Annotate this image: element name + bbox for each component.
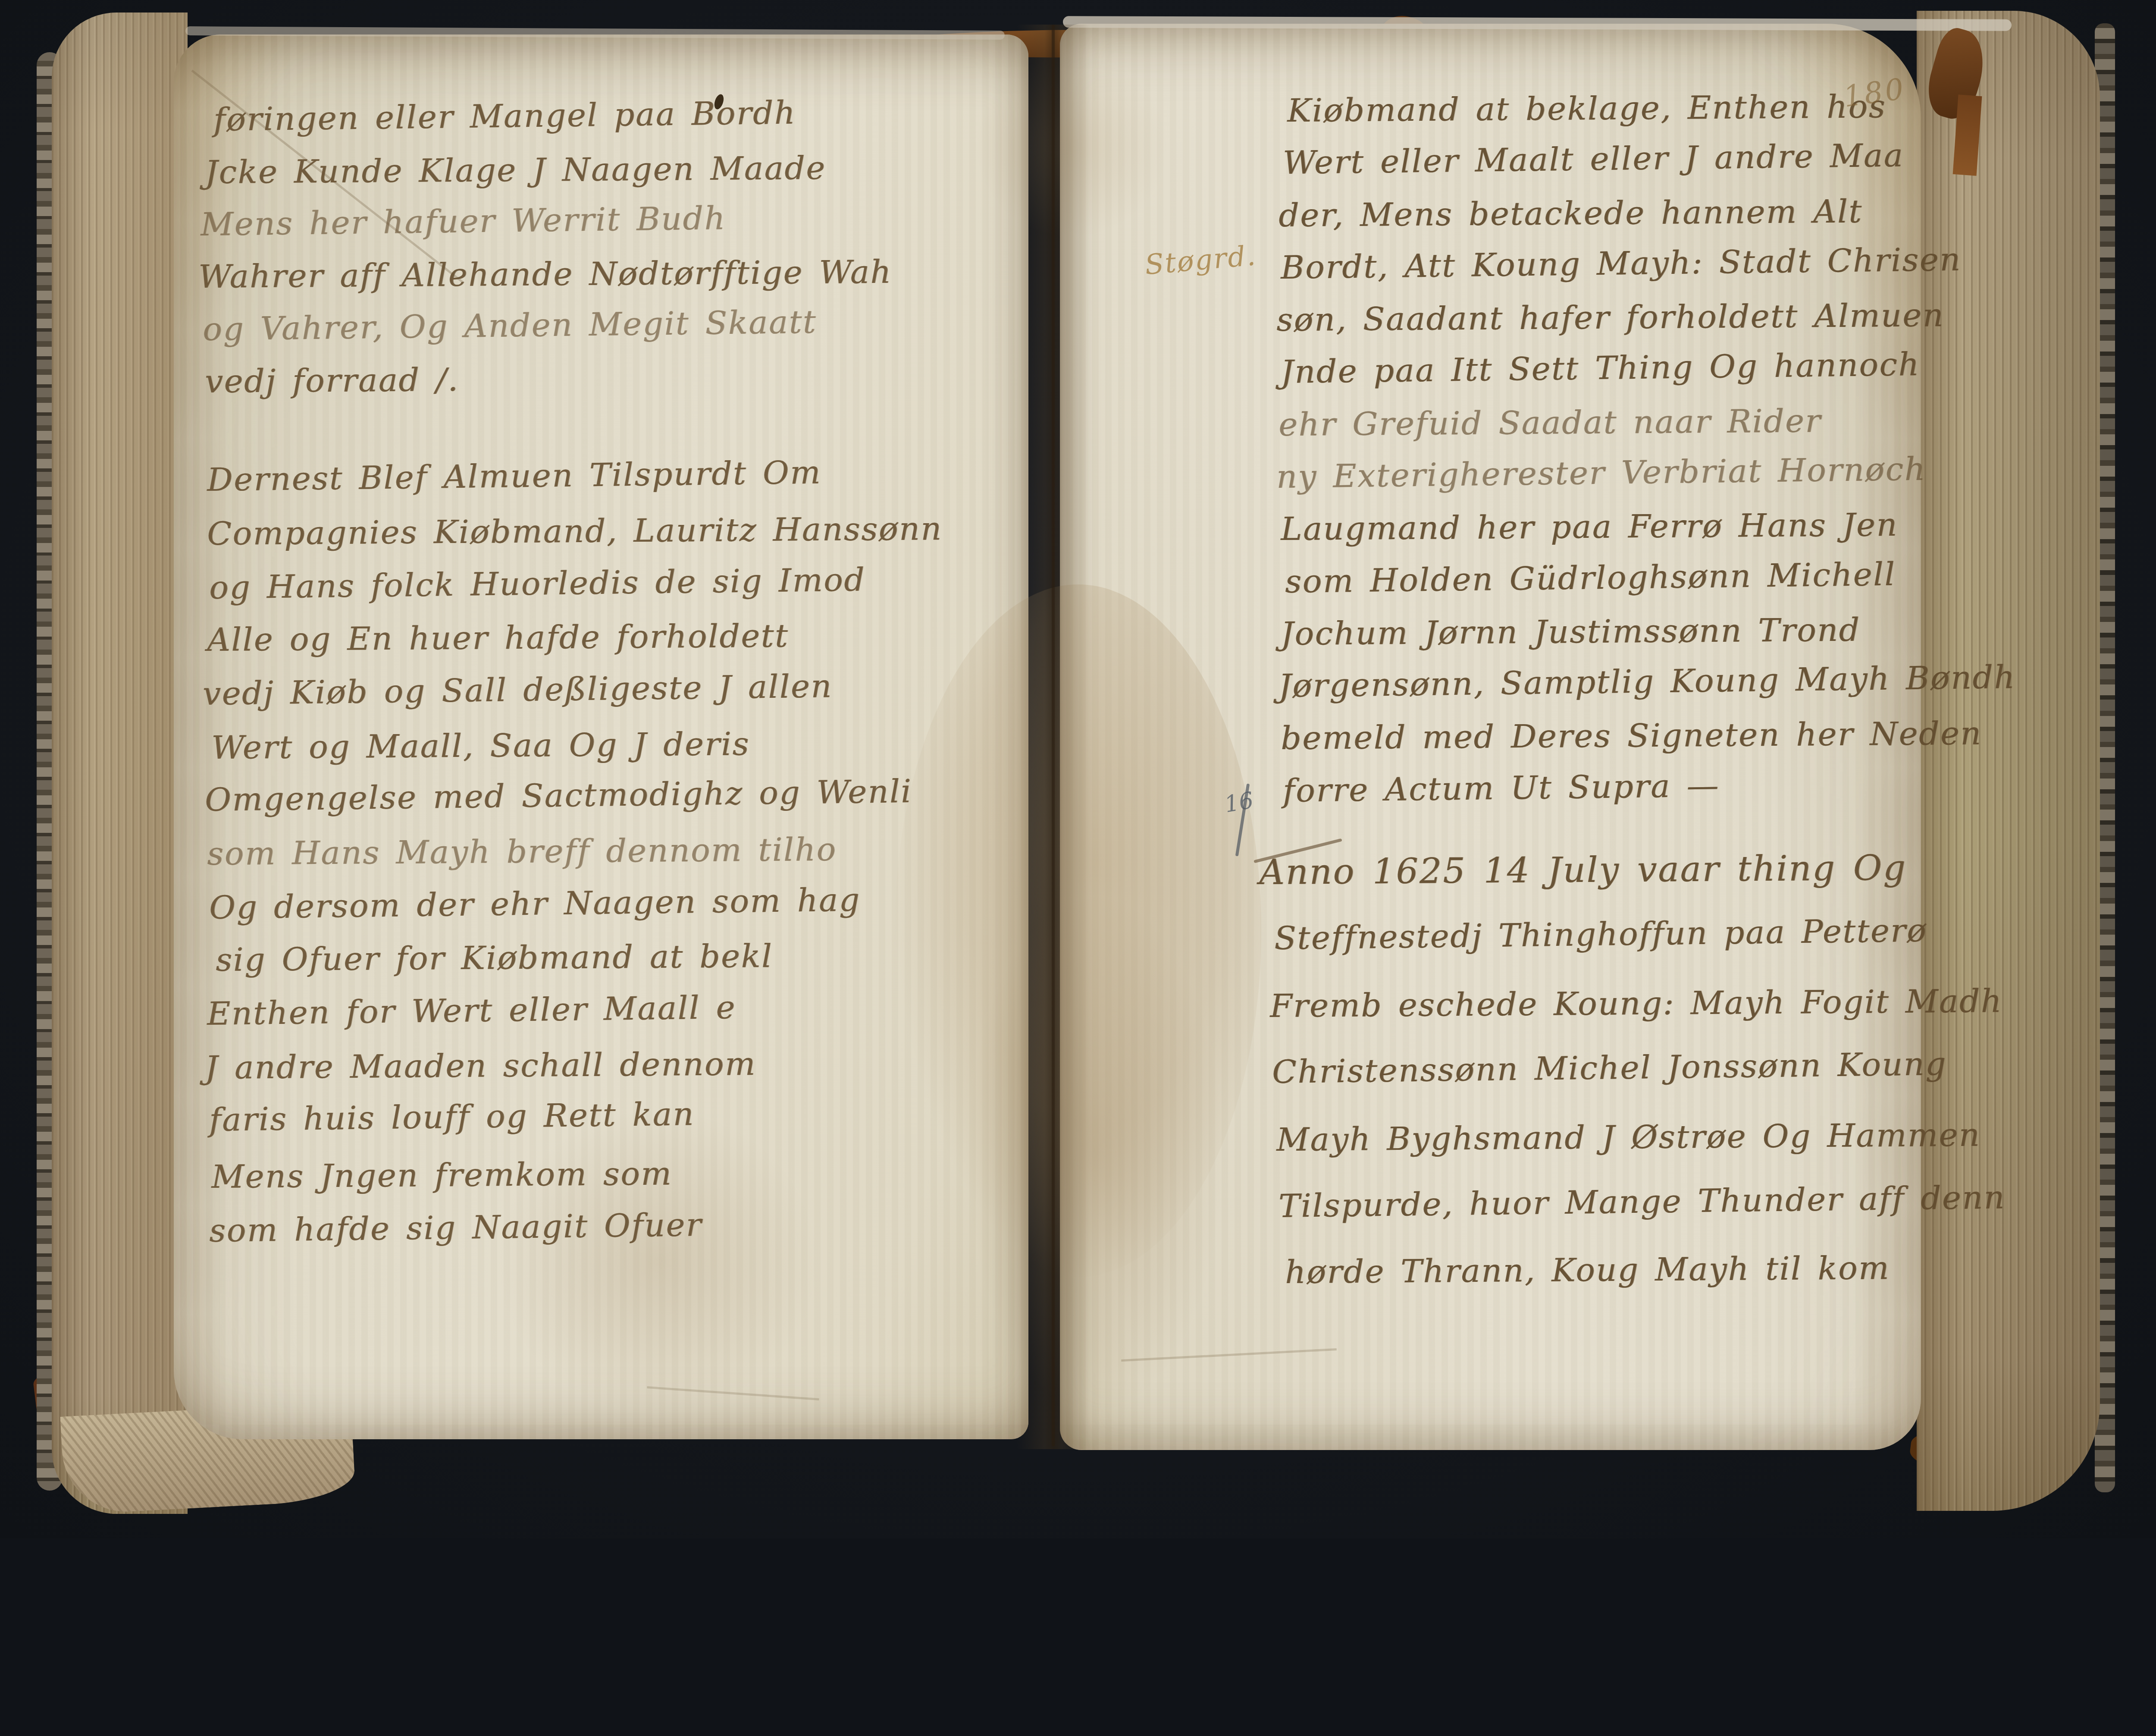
manuscript-line: bemeld med Deres Signeten her Neden: [1281, 715, 1982, 757]
manuscript-line: Alle og En huer hafde forholdett: [207, 618, 789, 659]
manuscript-line: Jcke Kunde Klage J Naagen Maade: [205, 150, 826, 191]
manuscript-line: og Vahrer, Og Anden Megit Skaatt: [202, 303, 817, 348]
manuscript-line: Compagnies Kiøbmand, Lauritz Hanssønn: [207, 510, 943, 553]
manuscript-line: vedj forraad /.: [205, 361, 459, 400]
page-stack-left-edge: [52, 13, 188, 1514]
gutter-seam: [1052, 25, 1055, 1446]
manuscript-line: Dernest Blef Almuen Tilspurdt Om: [207, 454, 821, 499]
page-stack-right-edge: [1917, 11, 2100, 1511]
manuscript-line: sig Ofuer for Kiøbmand at bekl: [216, 938, 773, 979]
manuscript-line: hørde Thrann, Koug Mayh til kom: [1285, 1249, 1890, 1291]
manuscript-photo: 180 Støgrd. 16 føringen eller Mangel paa…: [0, 0, 2156, 1538]
manuscript-line: søn, Saadant hafer forholdett Almuen: [1276, 297, 1944, 339]
manuscript-line: føringen eller Mangel paa Bordh: [213, 94, 796, 138]
manuscript-line: Wahrer aff Allehande Nødtørfftige Wah: [198, 254, 892, 295]
manuscript-line: der, Mens betackede hannem Alt: [1279, 193, 1863, 234]
pencil-annotation: 16: [1222, 787, 1255, 818]
manuscript-line: ny Exterigherester Verbriat Hornøch: [1276, 451, 1926, 496]
manuscript-line-anno-1625: Anno 1625 14 July vaar thing Og: [1259, 848, 1907, 893]
manuscript-line: ehr Grefuid Saadat naar Rider: [1279, 402, 1822, 443]
manuscript-line: forre Actum Ut Supra —: [1282, 767, 1720, 809]
manuscript-line: Wert eller Maalt eller J andre Maa: [1282, 137, 1904, 182]
manuscript-line: Wert og Maall, Saa Og J deris: [211, 725, 750, 766]
manuscript-line: Laugmand her paa Ferrø Hans Jen: [1281, 506, 1898, 548]
manuscript-line: Fremb eschede Koung: Mayh Fogit Madh: [1270, 983, 2002, 1025]
manuscript-line: Mayh Byghsmand J Østrøe Og Hammen: [1276, 1117, 1981, 1158]
manuscript-line: som Hans Mayh breff dennom tilho: [207, 831, 837, 873]
manuscript-line: Mens Jngen fremkom som: [211, 1155, 673, 1195]
manuscript-line: Kiøbmand at beklage, Enthen hos: [1287, 88, 1887, 129]
manuscript-line: J andre Maaden schall dennom: [205, 1045, 756, 1086]
manuscript-line: faris huis louff og Rett kan: [209, 1096, 695, 1139]
manuscript-line: og Hans folck Huorledis de sig Imod: [209, 561, 865, 606]
manuscript-line: som Holden Güdrloghsønn Michell: [1285, 556, 1896, 600]
manuscript-line: Enthen for Wert eller Maall e: [207, 989, 736, 1033]
manuscript-line: Og dersom der ehr Naagen som hag: [209, 881, 860, 926]
manuscript-line: vedj Kiøb og Sall deßligeste J allen: [202, 668, 833, 713]
manuscript-line: Jochum Jørnn Justimssønn Trond: [1281, 611, 1861, 652]
manuscript-line: som hafde sig Naagit Ofuer: [209, 1206, 702, 1249]
manuscript-line: Mens her hafuer Werrit Budh: [200, 200, 726, 243]
